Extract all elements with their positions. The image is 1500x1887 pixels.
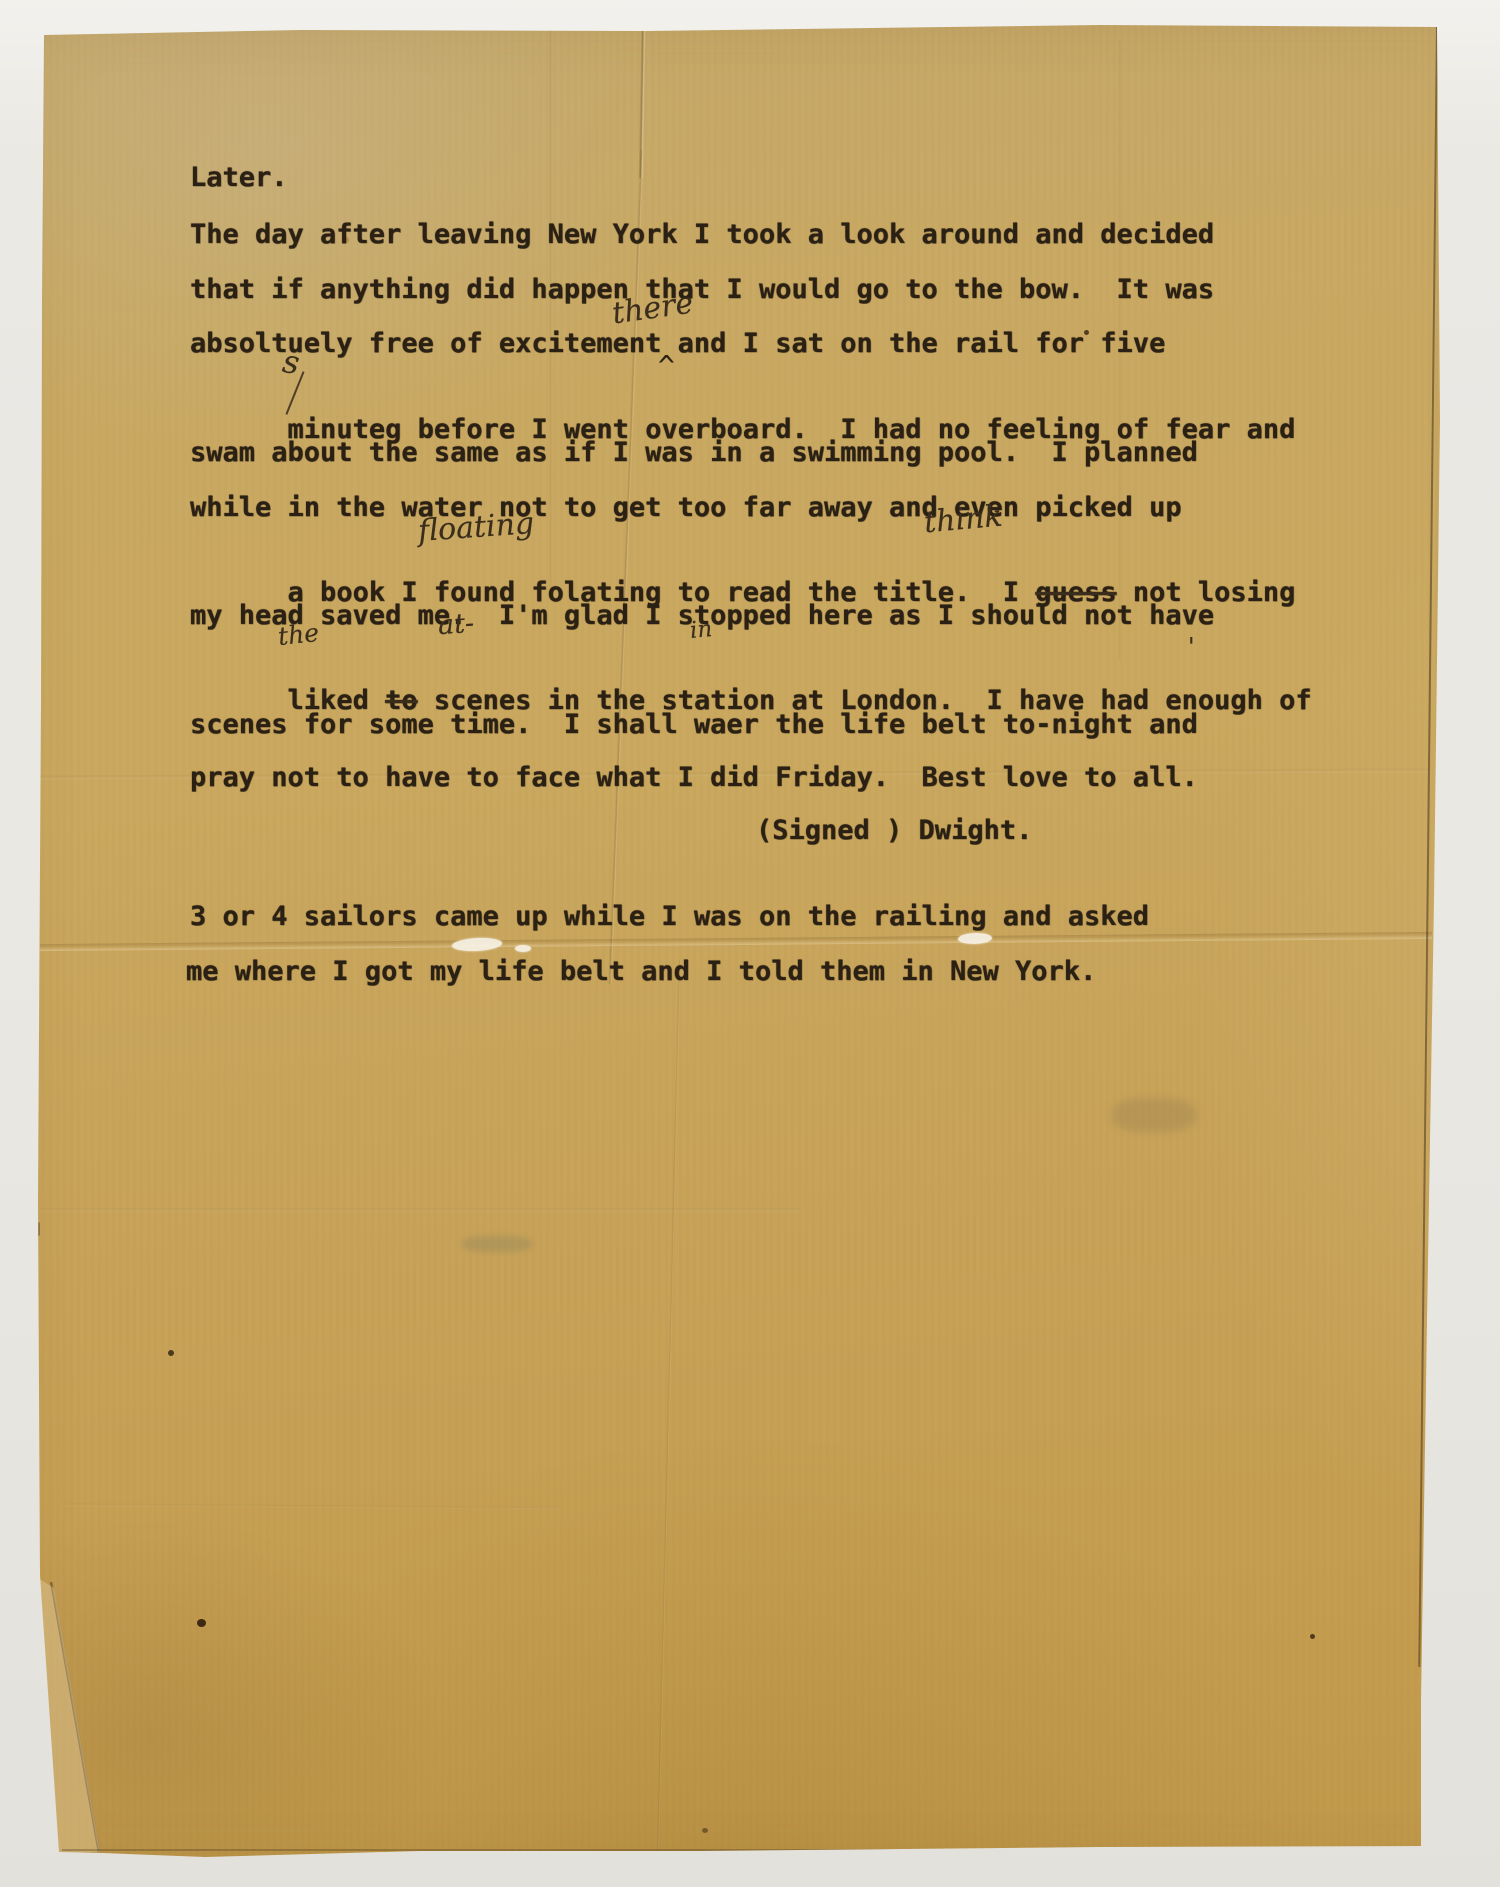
typed-line-2: that if anything did happen that I would… [190,274,1214,305]
fold-crease-horizontal-3 [40,1208,800,1212]
pen-tick-mark: ' [1188,633,1195,661]
left-edge-nick [36,1222,40,1236]
insertion-caret: ^ [658,349,675,382]
ink-speck [168,1350,174,1356]
typed-line-6: while in the water not to get too far aw… [190,492,1182,523]
bottom-edge-shadow [62,1849,1418,1851]
fold-damage-spot [958,932,992,944]
grey-smudge [462,1236,532,1252]
handwritten-think: think [923,499,1004,541]
fold-damage-spot [452,937,503,953]
typed-line-10: scenes for some time. I shall waer the l… [190,709,1198,740]
handwritten-in: in [689,616,713,644]
ink-spot [197,1619,206,1627]
ink-speck [1310,1634,1315,1639]
fold-crease-vertical-low [656,960,681,1855]
letter-heading: Later. [190,162,288,193]
handwritten-the: the [277,618,321,651]
typed-line-5: swam about the same as if I was in a swi… [190,437,1198,468]
paper-sheet: Later. The day after leaving New York I … [0,0,1500,1887]
typed-line-11: pray not to have to face what I did Frid… [190,762,1198,793]
postscript-line-1: 3 or 4 sailors came up while I was on th… [190,901,1149,932]
handwritten-at: at- [437,608,475,641]
fold-crease-vertical-top [638,28,646,178]
pencil-smudge [1112,1098,1196,1132]
typed-line-3: absoltuely free of excitement and I sat … [190,328,1165,359]
fold-crease-horizontal-4 [60,1503,560,1509]
paper-speck [702,1828,708,1833]
postscript-line-2: me where I got my life belt and I told t… [186,956,1096,987]
typed-line-1: The day after leaving New York I took a … [190,219,1214,250]
fold-crease-horizontal-main [40,932,1432,951]
signature-line: (Signed ) Dwight. [756,815,1032,846]
fold-damage-spot [515,945,531,952]
right-edge-shadow [1418,27,1438,1667]
scanner-background: Later. The day after leaving New York I … [0,0,1500,1887]
tear-crease-bottom-left [50,1582,101,1852]
handwritten-floating: floating [417,506,535,549]
